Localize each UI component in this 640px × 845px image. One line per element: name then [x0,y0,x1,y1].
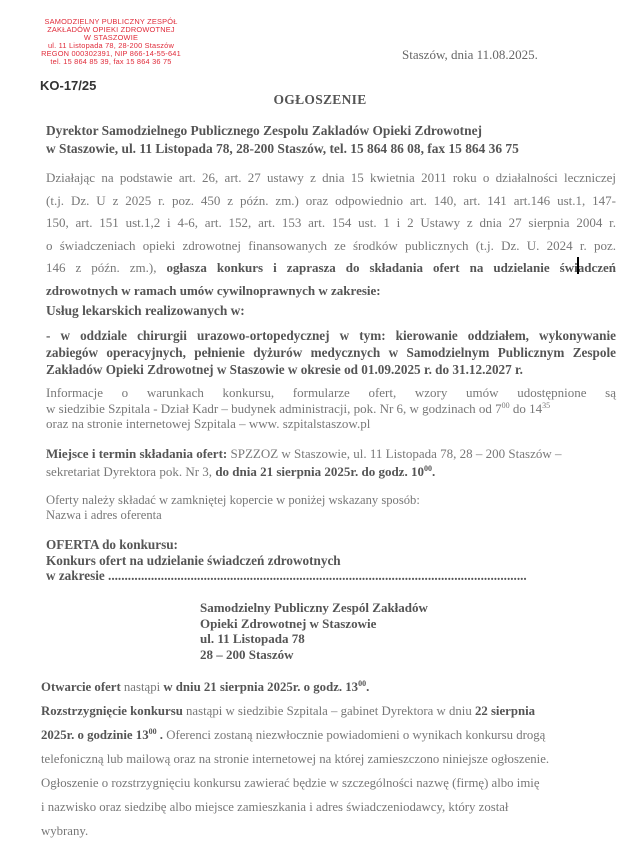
resolution-line: telefoniczną lub mailową oraz na stronie… [41,747,626,771]
legal-line-announcement: 146 z późn. zm.), ogłasza konkurs i zapr… [46,257,616,280]
deadline-text: do dnia 21 sierpnia 2025r. do godz. 10 [215,464,424,479]
issuer-address: w Staszowie, ul. 11 Listopada 78, 28-200… [46,140,616,158]
department-line: zabiegów operacyjnych, pełnienie dyżurów… [46,344,616,361]
reference-number: KO-17/25 [40,78,96,93]
info-text: do 14 [510,401,543,416]
envelope-line: Oferty należy składać w zamkniętej koper… [46,493,616,508]
announcement-scope: zdrowotnych w ramach umów cywilnoprawnyc… [46,280,616,303]
offer-label-line: OFERTA do konkursu: [46,537,616,553]
legal-line: 150, art. 151 ust.1,2 i 4-6, art. 152, a… [46,212,616,235]
address-block: Samodzielny Publiczny Zespól Zakładów Op… [200,600,428,662]
legal-line: Działając na podstawie art. 26, art. 27 … [46,167,616,190]
offer-label-template: OFERTA do konkursu: Konkurs ofert na udz… [46,537,616,584]
resolution-label: Rozstrzygnięcie konkursu [41,704,183,718]
envelope-line: Nazwa i adres oferenta [46,508,616,523]
resolution-time: 2025r. o godzinie 1300 . [41,728,163,742]
time-superscript: 35 [542,401,550,410]
institution-stamp: SAMODZIELNY PUBLICZNY ZESPÓŁ ZAKŁADÓW OP… [22,18,200,66]
resolution-line: i nazwisko oraz siedzibę albo miejsce za… [41,795,626,819]
legal-line: o świadczeniach opieki zdrowotnej finans… [46,235,616,258]
submission-deadline: do dnia 21 sierpnia 2025r. do godz. 1000… [215,464,435,479]
legal-line: (t.j. Dz. U z 2025 r. poz. 450 z późn. z… [46,190,616,213]
opening-end: . [366,680,369,694]
services-heading: Usług lekarskich realizowanych w: [46,303,616,319]
issuer-header: Dyrektor Samodzielnego Publicznego Zespo… [46,122,616,158]
time-superscript: 00 [424,464,432,473]
info-text: w siedzibie Szpitala - Dział Kadr – budy… [46,401,502,416]
place-date: Staszów, dnia 11.08.2025. [402,47,538,63]
deadline-end: . [432,464,435,479]
opening-resolution-section: Otwarcie ofert nastąpi w dniu 21 sierpni… [41,675,626,843]
opening-label: Otwarcie ofert [41,680,121,694]
opening-date-text: w dniu 21 sierpnia 2025r. o godz. 13 [163,680,358,694]
opening-text: nastąpi [121,680,164,694]
submission-label: Miejsce i termin składania ofert: [46,446,227,461]
submission-paragraph: Miejsce i termin składania ofert: SPZZOZ… [46,445,616,481]
address-line: ul. 11 Listopada 78 [200,631,428,647]
department-description: - w oddziale chirurgii urazowo-ortopedyc… [46,327,616,378]
resolution-text: nastąpi w siedzibie Szpitala – gabinet D… [183,704,475,718]
department-line: Zakładów Opieki Zdrowotnej w Staszowie w… [46,361,616,378]
resolution-line: wybrany. [41,819,626,843]
address-line: 28 – 200 Staszów [200,647,428,663]
opening-date: w dniu 21 sierpnia 2025r. o godz. 1300. [163,680,369,694]
text-cursor [577,257,579,274]
department-line: - w oddziale chirurgii urazowo-ortopedyc… [46,327,616,344]
envelope-instructions: Oferty należy składać w zamkniętej koper… [46,493,616,522]
submission-room: sekretariat Dyrektora pok. Nr 3, [46,464,215,479]
opening-line: Otwarcie ofert nastąpi w dniu 21 sierpni… [41,675,626,699]
legal-basis-paragraph: Działając na podstawie art. 26, art. 27 … [46,167,616,302]
submission-place: SPZZOZ w Staszowie, ul. 11 Listopada 78,… [227,446,561,461]
resolution-date: 22 sierpnia [475,704,535,718]
resolution-text: Oferenci zostaną niezwłocznie powiadomie… [163,728,545,742]
resolution-time-text: 2025r. o godzinie 13 [41,728,149,742]
resolution-line: Ogłoszenie o rozstrzygnięciu konkursu za… [41,771,626,795]
information-paragraph: Informacje o warunkach konkursu, formula… [46,385,616,432]
info-hours-line: w siedzibie Szpitala - Dział Kadr – budy… [46,401,616,417]
offer-label-line: Konkurs ofert na udzielanie świadczeń zd… [46,553,616,569]
time-superscript: 00 [358,679,366,688]
address-line: Opieki Zdrowotnej w Staszowie [200,616,428,632]
document-title: OGŁOSZENIE [0,92,640,108]
address-line: Samodzielny Publiczny Zespól Zakładów [200,600,428,616]
issuer-line: Dyrektor Samodzielnego Publicznego Zespo… [46,122,616,140]
resolution-line: 2025r. o godzinie 1300 . Oferenci zostan… [41,723,626,747]
time-superscript: 00 [149,727,157,736]
info-website-line: oraz na stronie internetowej Szpitala – … [46,416,616,432]
offer-label-line: w zakresie .............................… [46,568,616,584]
legal-ref: 146 z późn. zm.), [46,260,156,275]
info-line: Informacje o warunkach konkursu, formula… [46,385,616,401]
announcement-bold: ogłasza konkurs i zaprasza do składania … [166,260,616,275]
resolution-line: Rozstrzygnięcie konkursu nastąpi w siedz… [41,699,626,723]
stamp-line: tel. 15 864 85 39, fax 15 864 36 75 [22,58,200,66]
time-superscript: 00 [502,401,510,410]
